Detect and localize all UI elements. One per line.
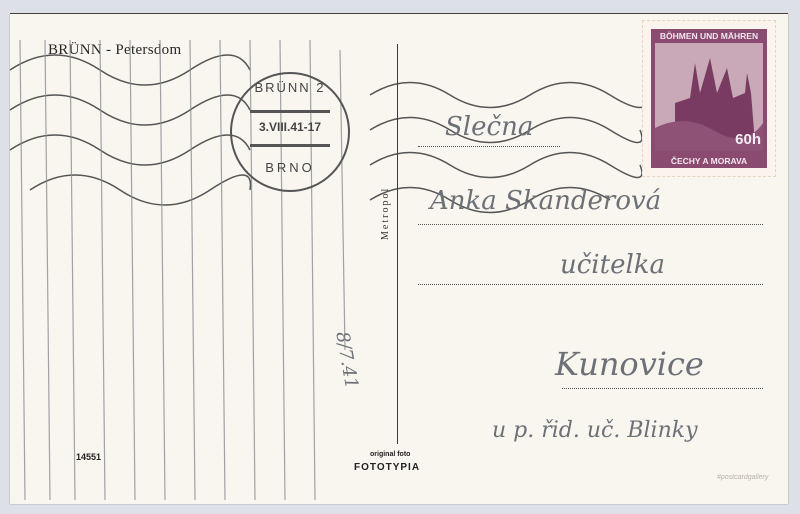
postmark-city-bottom: BRNO [232, 160, 348, 175]
address-line-occupation: učitelka [560, 250, 665, 280]
address-line-name: Anka Skanderová [430, 186, 661, 216]
printer-line-1: original foto [370, 451, 410, 458]
stamp-bottom-text: ČECHY A MORAVA [651, 156, 767, 166]
postmark: BRÜNN 2 3.VIII.41-17 BRNO [230, 72, 350, 192]
postmark-city-top: BRÜNN 2 [232, 80, 348, 95]
center-divider [397, 44, 398, 444]
stamp-top-text: BÖHMEN UND MÄHREN [651, 31, 767, 41]
address-rule [418, 224, 763, 225]
address-rule [562, 388, 763, 389]
address-rule [418, 146, 560, 147]
address-line-town: Kunovice [555, 345, 704, 383]
address-line-care-of: u p. řid. uč. Blinky [492, 418, 698, 443]
postmark-bar [250, 110, 330, 113]
address-line-salutation: Slečna [445, 112, 533, 142]
watermark: #postcardgallery [717, 474, 768, 481]
postmark-date: 3.VIII.41-17 [232, 120, 348, 134]
stamp-value: 60h [735, 131, 761, 148]
stamp-body: BÖHMEN UND MÄHREN 60h ČECHY A MORAVA [651, 29, 767, 168]
series-number: 14551 [76, 452, 101, 462]
postage-stamp: BÖHMEN UND MÄHREN 60h ČECHY A MORAVA [642, 20, 776, 177]
postmark-bar [250, 144, 330, 147]
printer-line-2: FOTOTYPIA [354, 462, 420, 473]
address-rule [418, 284, 763, 285]
publisher-label: Metropol [380, 187, 391, 240]
